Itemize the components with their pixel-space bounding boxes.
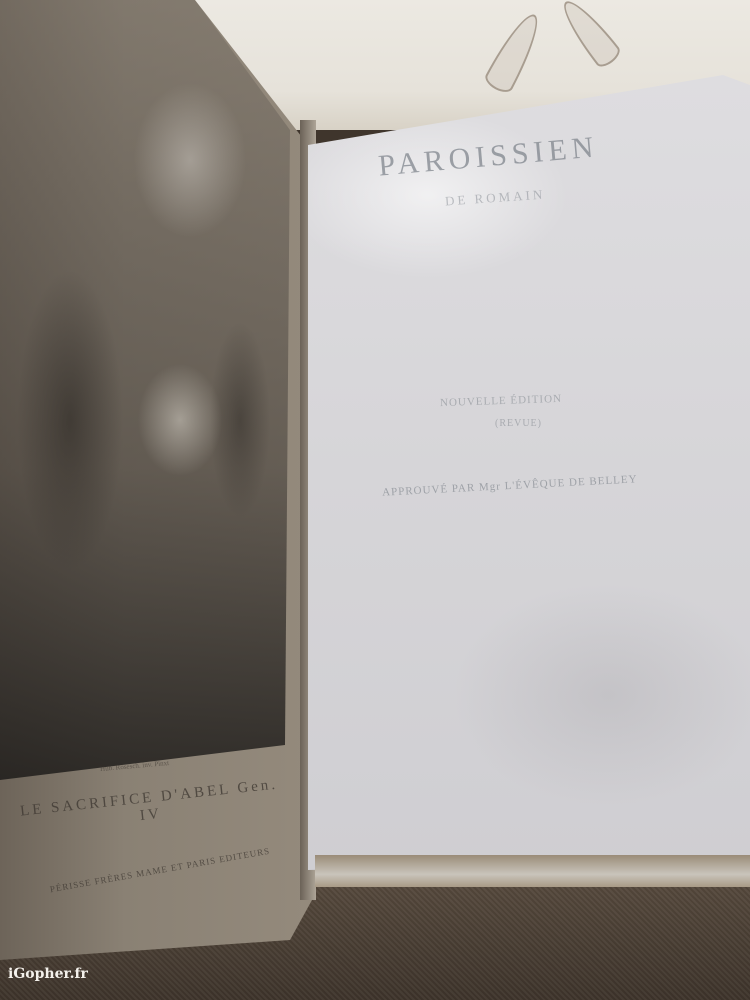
page-bottom-edge xyxy=(315,855,750,887)
revised-line: (REVUE) xyxy=(495,418,542,429)
engraving-publisher: PÉRISSE FRÈRES MAME ET PARIS EDITEURS xyxy=(46,845,274,895)
engraving-illustration xyxy=(0,0,290,780)
feather-icon xyxy=(482,8,548,96)
engraving-caption: LE SACRIFICE D'ABEL Gen. IV xyxy=(19,777,281,838)
engraving-page: Hub. Rosesch. inv. Pinxt LE SACRIFICE D'… xyxy=(0,0,312,960)
photo-scene: Hub. Rosesch. inv. Pinxt LE SACRIFICE D'… xyxy=(0,0,750,1000)
watermark: iGopher.fr xyxy=(8,966,88,982)
feather-icon xyxy=(555,0,624,71)
